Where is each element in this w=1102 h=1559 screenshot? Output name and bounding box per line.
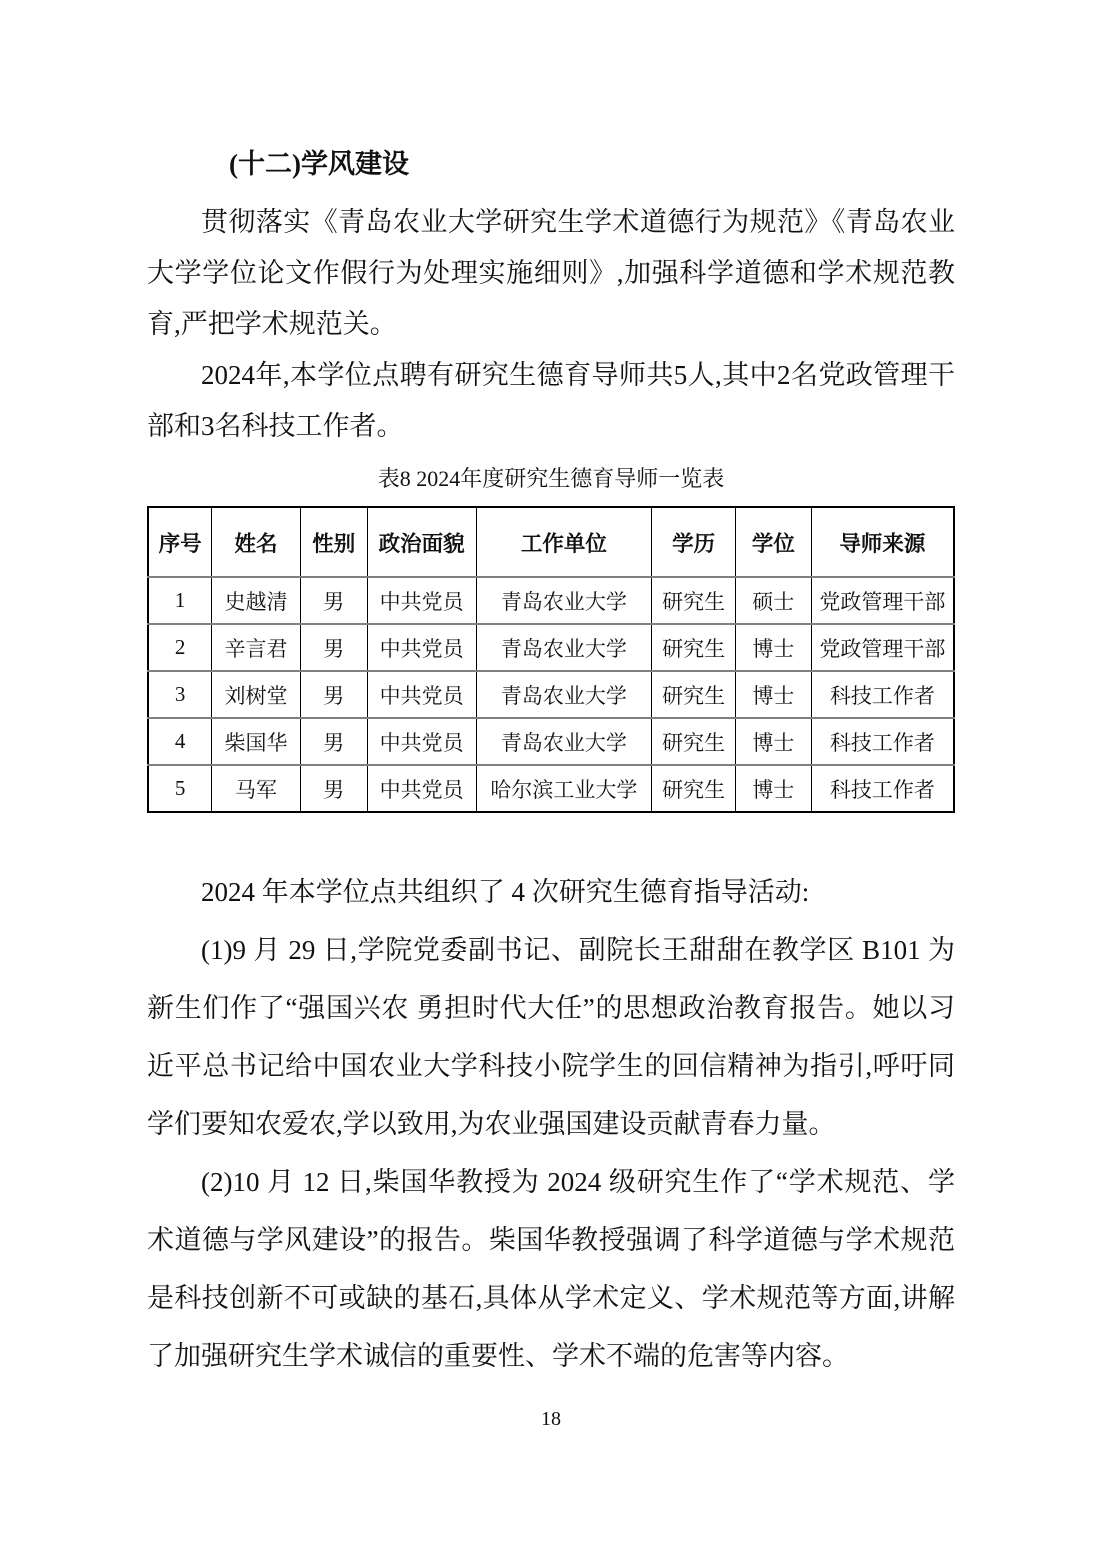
section-heading: (十二)学风建设 bbox=[147, 145, 955, 183]
table-cell: 辛言君 bbox=[212, 624, 301, 671]
column-header: 学位 bbox=[736, 507, 812, 577]
table-cell: 4 bbox=[148, 718, 212, 765]
table-cell: 5 bbox=[148, 765, 212, 812]
paragraph-activity-2: (2)10 月 12 日,柴国华教授为 2024 级研究生作了“学术规范、学术道… bbox=[147, 1153, 955, 1385]
table-cell: 中共党员 bbox=[367, 577, 476, 624]
table-cell: 研究生 bbox=[652, 671, 736, 718]
table-cell: 男 bbox=[300, 671, 367, 718]
table-cell: 男 bbox=[300, 718, 367, 765]
paragraph-advisor-count: 2024年,本学位点聘有研究生德育导师共5人,其中2名党政管理干部和3名科技工作… bbox=[147, 350, 955, 452]
column-header: 政治面貌 bbox=[367, 507, 476, 577]
table-cell: 中共党员 bbox=[367, 671, 476, 718]
table-cell: 中共党员 bbox=[367, 624, 476, 671]
paragraph-activities-intro: 2024 年本学位点共组织了 4 次研究生德育指导活动: bbox=[147, 863, 955, 921]
paragraph-policy: 贯彻落实《青岛农业大学研究生学术道德行为规范》《青岛农业大学学位论文作假行为处理… bbox=[147, 197, 955, 350]
table-cell: 柴国华 bbox=[212, 718, 301, 765]
table-cell: 研究生 bbox=[652, 624, 736, 671]
table-cell: 博士 bbox=[736, 671, 812, 718]
table-cell: 中共党员 bbox=[367, 718, 476, 765]
table-cell: 研究生 bbox=[652, 765, 736, 812]
table-cell: 硕士 bbox=[736, 577, 812, 624]
page-number: 18 bbox=[0, 1408, 1102, 1431]
table-cell: 史越清 bbox=[212, 577, 301, 624]
table-row: 4柴国华男中共党员青岛农业大学研究生博士科技工作者 bbox=[148, 718, 954, 765]
table-cell: 党政管理干部 bbox=[811, 577, 954, 624]
table-cell: 科技工作者 bbox=[811, 671, 954, 718]
document-page: (十二)学风建设 贯彻落实《青岛农业大学研究生学术道德行为规范》《青岛农业大学学… bbox=[0, 0, 1102, 1559]
table-caption: 表8 2024年度研究生德育导师一览表 bbox=[147, 462, 955, 496]
table-row: 2辛言君男中共党员青岛农业大学研究生博士党政管理干部 bbox=[148, 624, 954, 671]
table-row: 1史越清男中共党员青岛农业大学研究生硕士党政管理干部 bbox=[148, 577, 954, 624]
table-cell: 青岛农业大学 bbox=[476, 718, 652, 765]
table-header-row: 序号姓名性别政治面貌工作单位学历学位导师来源 bbox=[148, 507, 954, 577]
table-cell: 博士 bbox=[736, 765, 812, 812]
advisors-table: 序号姓名性别政治面貌工作单位学历学位导师来源 1史越清男中共党员青岛农业大学研究… bbox=[147, 506, 955, 813]
table-cell: 研究生 bbox=[652, 718, 736, 765]
table-cell: 马军 bbox=[212, 765, 301, 812]
table-cell: 科技工作者 bbox=[811, 718, 954, 765]
table-cell: 2 bbox=[148, 624, 212, 671]
column-header: 姓名 bbox=[212, 507, 301, 577]
table-cell: 研究生 bbox=[652, 577, 736, 624]
column-header: 工作单位 bbox=[476, 507, 652, 577]
table-cell: 青岛农业大学 bbox=[476, 624, 652, 671]
table-cell: 1 bbox=[148, 577, 212, 624]
table-cell: 刘树堂 bbox=[212, 671, 301, 718]
table-cell: 科技工作者 bbox=[811, 765, 954, 812]
table-cell: 中共党员 bbox=[367, 765, 476, 812]
table-cell: 3 bbox=[148, 671, 212, 718]
table-row: 5马军男中共党员哈尔滨工业大学研究生博士科技工作者 bbox=[148, 765, 954, 812]
column-header: 序号 bbox=[148, 507, 212, 577]
table-cell: 男 bbox=[300, 577, 367, 624]
column-header: 学历 bbox=[652, 507, 736, 577]
table-cell: 博士 bbox=[736, 624, 812, 671]
table-cell: 青岛农业大学 bbox=[476, 671, 652, 718]
table-cell: 博士 bbox=[736, 718, 812, 765]
table-cell: 青岛农业大学 bbox=[476, 577, 652, 624]
column-header: 导师来源 bbox=[811, 507, 954, 577]
table-body: 1史越清男中共党员青岛农业大学研究生硕士党政管理干部2辛言君男中共党员青岛农业大… bbox=[148, 577, 954, 812]
column-header: 性别 bbox=[300, 507, 367, 577]
table-cell: 男 bbox=[300, 765, 367, 812]
table-row: 3刘树堂男中共党员青岛农业大学研究生博士科技工作者 bbox=[148, 671, 954, 718]
table-cell: 哈尔滨工业大学 bbox=[476, 765, 652, 812]
paragraph-activity-1: (1)9 月 29 日,学院党委副书记、副院长王甜甜在教学区 B101 为新生们… bbox=[147, 921, 955, 1153]
table-cell: 党政管理干部 bbox=[811, 624, 954, 671]
table-cell: 男 bbox=[300, 624, 367, 671]
